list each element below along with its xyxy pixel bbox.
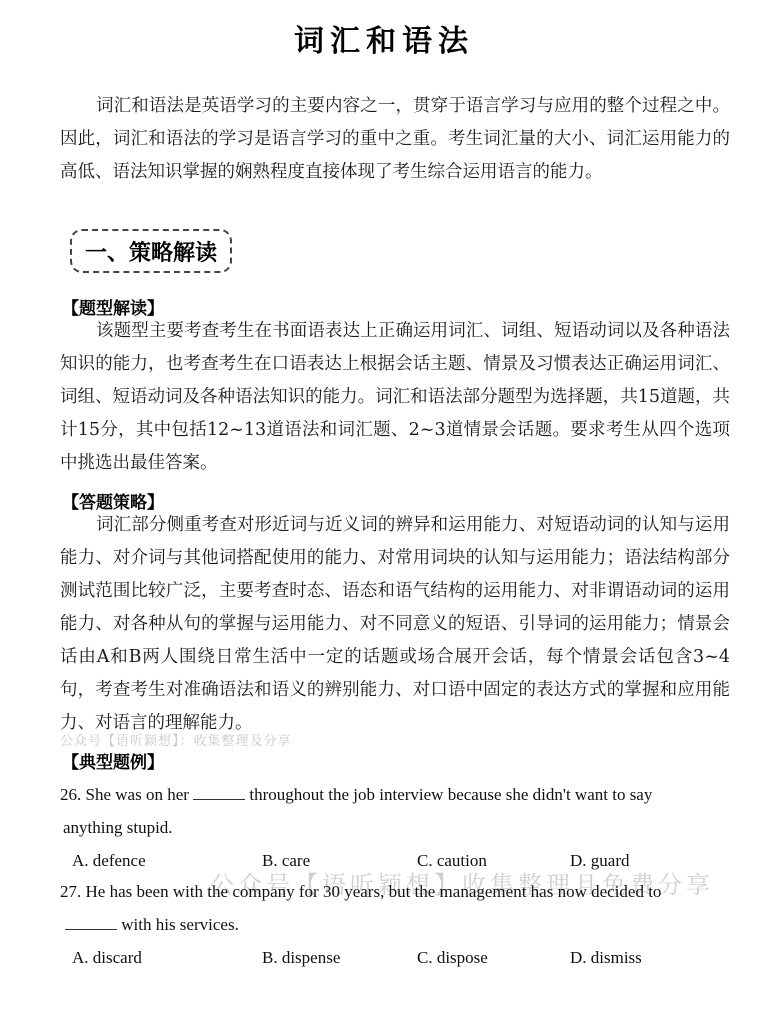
question-stem-line1: 27. He has been with the company for 30 … — [60, 882, 661, 902]
question-stem-line2: anything stupid. — [63, 818, 173, 838]
option-b[interactable]: B. dispense — [262, 948, 340, 968]
question-text: She was on her — [86, 785, 189, 804]
question-stem-line2: with his services. — [65, 915, 239, 935]
answer-blank — [193, 787, 245, 800]
subheading-examples: 【典型题例】 — [62, 748, 164, 773]
answer-blank — [65, 917, 117, 930]
intro-paragraph: 词汇和语法是英语学习的主要内容之一，贯穿于语言学习与应用的整个过程之中。因此，词… — [60, 90, 730, 189]
question-number: 26. — [60, 785, 81, 804]
option-d[interactable]: D. dismiss — [570, 948, 642, 968]
question-text: with his services. — [121, 915, 239, 934]
option-a[interactable]: A. discard — [72, 948, 142, 968]
page-title: 词汇和语法 — [0, 16, 768, 60]
option-a[interactable]: A. defence — [72, 851, 146, 871]
question-text: anything stupid. — [63, 818, 173, 837]
option-c[interactable]: C. dispose — [417, 948, 488, 968]
question-text: throughout the job interview because she… — [249, 785, 652, 804]
question-stem-line1: 26. She was on her throughout the job in… — [60, 785, 652, 805]
question-number: 27. — [60, 882, 81, 901]
section-heading: 一、策略解读 — [70, 229, 232, 273]
watermark-small: 公众号【语听颖想】：收集整理及分享 — [60, 730, 292, 749]
section-heading-text: 一、策略解读 — [85, 236, 217, 267]
answer-strategy-paragraph: 词汇部分侧重考查对形近词与近义词的辨异和运用能力、对短语动词的认知与运用能力、对… — [60, 509, 730, 740]
question-text: He has been with the company for 30 year… — [86, 882, 662, 901]
question-type-paragraph: 该题型主要考查考生在书面语表达上正确运用词汇、词组、短语动词以及各种语法知识的能… — [60, 315, 730, 480]
